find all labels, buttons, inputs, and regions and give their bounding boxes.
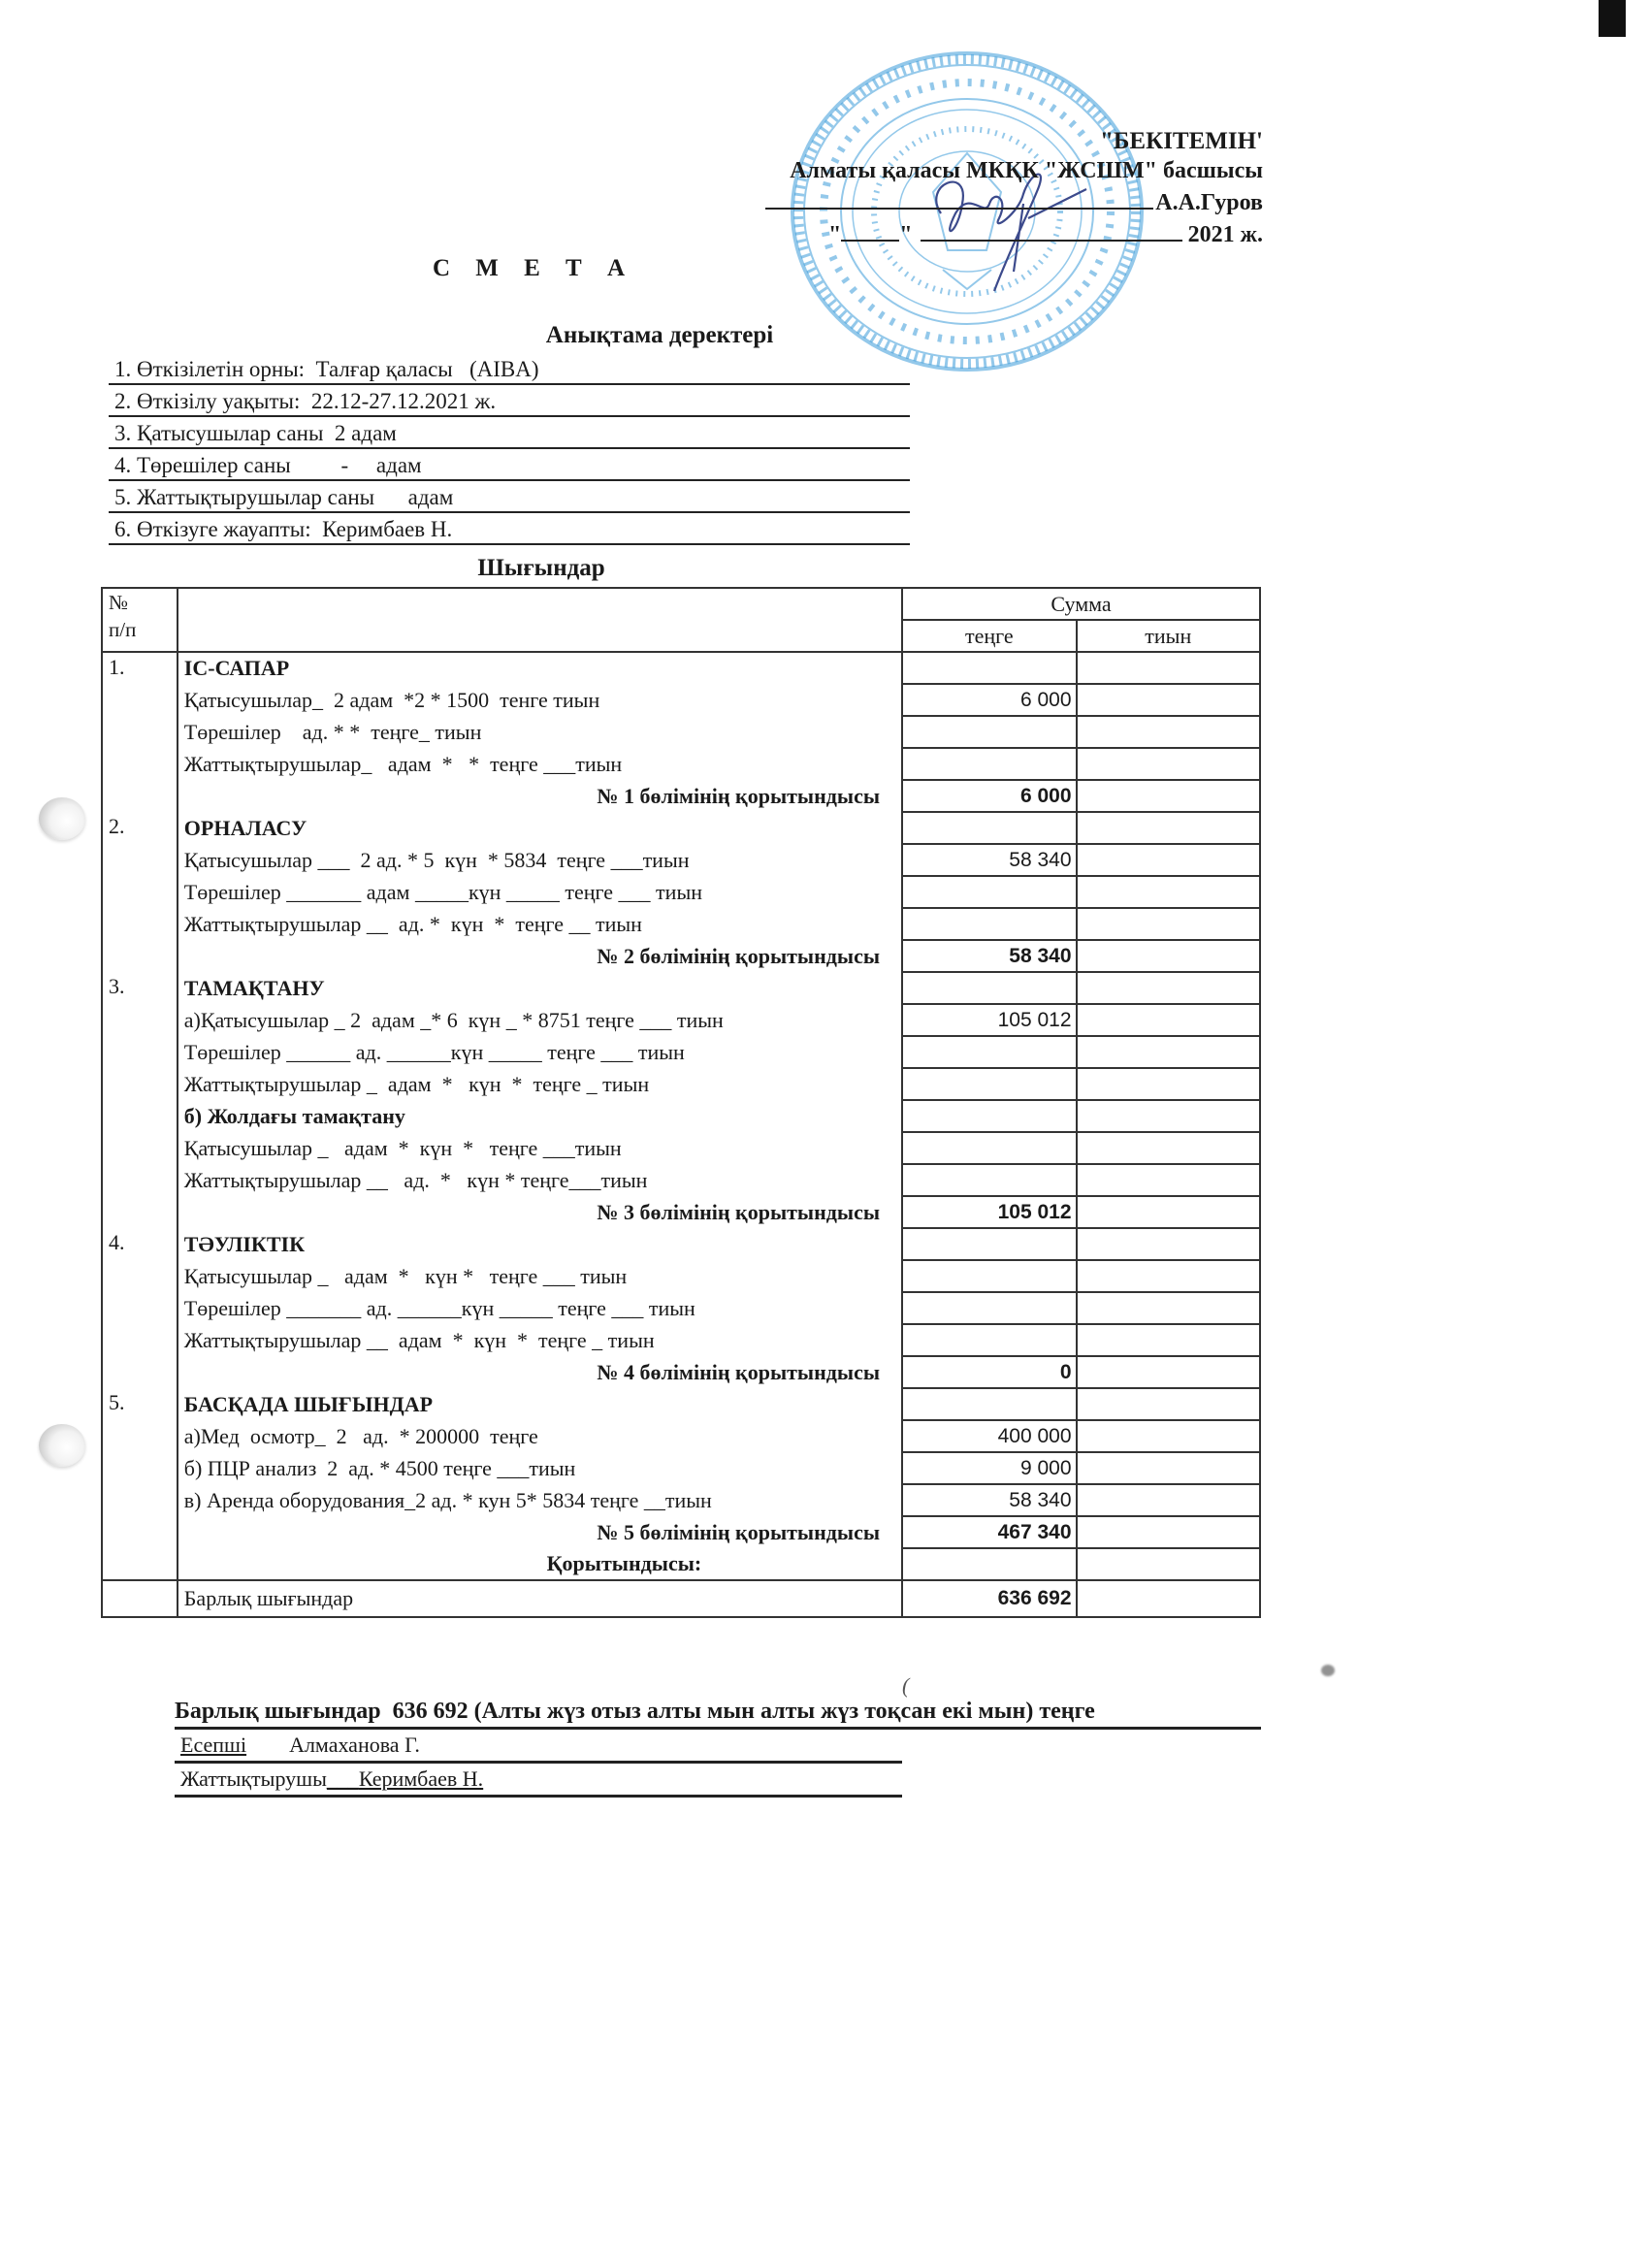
item-description: б) Жолдағы тамақтану	[178, 1100, 902, 1132]
date-day-blank	[841, 218, 899, 242]
date-month-blank	[921, 218, 1182, 242]
amount-tiyn	[1077, 1484, 1260, 1516]
approver-name: А.А.Гуров	[1155, 190, 1263, 215]
amount-tiyn	[1077, 1004, 1260, 1036]
reference-item-place: 1. Өткізілетін орны: Талғар қаласы (AIBA…	[109, 353, 910, 385]
section-number: 2.	[102, 812, 178, 972]
subtotal-tiyn	[1077, 1196, 1260, 1228]
item-description: Төрешілер _______ адам _____күн _____ те…	[178, 876, 902, 908]
reference-item-referees: 4. Төрешілер саны - адам	[109, 449, 910, 481]
subtotal-tenge: 0	[902, 1356, 1077, 1388]
coach-name: Керимбаев Н.	[359, 1766, 483, 1791]
subtotal-tenge: 6 000	[902, 780, 1077, 812]
section-name: ІС-САПАР	[178, 652, 902, 684]
item-description: Жаттықтырушылар __ ад. * күн * теңге __ …	[178, 908, 902, 940]
amount-tenge: 58 340	[902, 1484, 1077, 1516]
section-number: 3.	[102, 972, 178, 1228]
amount-tiyn	[1077, 1452, 1260, 1484]
subtotal-label: № 5 бөлімінің қорытындысы	[178, 1516, 902, 1548]
table-row: Төрешілер _______ адам _____күн _____ те…	[102, 876, 1260, 908]
item-description: в) Аренда оборудования_2 ад. * кун 5* 58…	[178, 1484, 902, 1516]
totals-label-row: Қорытындысы:	[102, 1548, 1260, 1580]
amount-tenge	[902, 1388, 1077, 1420]
subtotal-row: № 3 бөлімінің қорытындысы105 012	[102, 1196, 1260, 1228]
amount-tenge	[902, 716, 1077, 748]
date-quote-close: "	[899, 222, 912, 247]
amount-tenge	[902, 812, 1077, 844]
section-number: 5.	[102, 1388, 178, 1580]
footer: Барлық шығындар 636 692 (Алты жүз отыз а…	[175, 1696, 1261, 1798]
reference-item-dates: 2. Өткізілу уақыты: 22.12-27.12.2021 ж.	[109, 385, 910, 417]
reference-item-participants: 3. Қатысушылар саны 2 адам	[109, 417, 910, 449]
item-description: Төрешілер ад. * * теңге_ тиын	[178, 716, 902, 748]
amount-tiyn	[1077, 716, 1260, 748]
subtotal-label: № 1 бөлімінің қорытындысы	[178, 780, 902, 812]
subtotal-row: № 5 бөлімінің қорытындысы467 340	[102, 1516, 1260, 1548]
approval-year: 2021 ж.	[1188, 222, 1263, 247]
header-description	[178, 588, 902, 652]
item-description: Қатысушылар_ 2 адам *2 * 1500 тенге тиын	[178, 684, 902, 716]
subtotal-tenge: 105 012	[902, 1196, 1077, 1228]
table-row: Жаттықтырушылар _ адам * күн * теңге _ т…	[102, 1068, 1260, 1100]
item-description: Қатысушылар _ адам * күн * теңге ___тиын	[178, 1132, 902, 1164]
header-tiyn: тиын	[1077, 620, 1260, 652]
amount-tenge	[902, 1132, 1077, 1164]
grand-total-num	[102, 1580, 178, 1617]
amount-tiyn	[1077, 1420, 1260, 1452]
amount-tenge: 6 000	[902, 684, 1077, 716]
table-row: Төрешілер _______ ад. ______күн _____ те…	[102, 1292, 1260, 1324]
amount-tiyn	[1077, 1260, 1260, 1292]
scan-corner-mark	[1599, 0, 1626, 37]
item-description: Қатысушылар _ адам * күн * теңге ___ тиы…	[178, 1260, 902, 1292]
header-tenge: теңге	[902, 620, 1077, 652]
reference-item-coaches: 5. Жаттықтырушылар саны адам	[109, 481, 910, 513]
section-number: 1.	[102, 652, 178, 812]
amount-tiyn	[1077, 844, 1260, 876]
signature-line	[765, 186, 1153, 210]
grand-total-tiyn	[1077, 1580, 1260, 1617]
item-description: Төрешілер ______ ад. ______күн _____ тең…	[178, 1036, 902, 1068]
expenses-title: Шығындар	[0, 555, 1083, 582]
item-description: а)Мед осмотр_ 2 ад. * 200000 теңге	[178, 1420, 902, 1452]
subtotal-row: № 4 бөлімінің қорытындысы0	[102, 1356, 1260, 1388]
table-row: а)Мед осмотр_ 2 ад. * 200000 теңге400 00…	[102, 1420, 1260, 1452]
table-row: Жаттықтырушылар_ адам * * теңге ___тиын	[102, 748, 1260, 780]
subtotal-tiyn	[1077, 1516, 1260, 1548]
header-sum: Сумма	[902, 588, 1260, 620]
table-row: Жаттықтырушылар __ ад. * күн * теңге___т…	[102, 1164, 1260, 1196]
item-description: Жаттықтырушылар __ адам * күн * теңге _ …	[178, 1324, 902, 1356]
amount-tenge	[902, 748, 1077, 780]
table-row: Қатысушылар_ 2 адам *2 * 1500 тенге тиын…	[102, 684, 1260, 716]
item-description: Жаттықтырушылар _ адам * күн * теңге _ т…	[178, 1068, 902, 1100]
amount-tenge	[902, 1228, 1077, 1260]
approval-heading: "БЕКІТЕМІН'	[765, 126, 1263, 156]
coach-line: Жаттықтырушы___Керимбаев Н.	[175, 1764, 902, 1798]
accountant-role: Есепші	[180, 1733, 246, 1757]
amount-tenge: 105 012	[902, 1004, 1077, 1036]
amount-tenge	[902, 652, 1077, 684]
coach-role: Жаттықтырушы	[180, 1766, 327, 1791]
subtotal-tiyn	[1077, 940, 1260, 972]
amount-tiyn	[1077, 1100, 1260, 1132]
subtotal-tiyn	[1077, 780, 1260, 812]
subtotal-row: № 2 бөлімінің қорытындысы58 340	[102, 940, 1260, 972]
subtotal-tenge: 58 340	[902, 940, 1077, 972]
document-title: С М Е Т А	[0, 255, 1067, 282]
table-row: Төрешілер ад. * * теңге_ тиын	[102, 716, 1260, 748]
reference-list: 1. Өткізілетін орны: Талғар қаласы (AIBA…	[109, 353, 910, 545]
item-description: Жаттықтырушылар __ ад. * күн * теңге___т…	[178, 1164, 902, 1196]
amount-tenge	[902, 1292, 1077, 1324]
amount-tenge	[902, 1324, 1077, 1356]
item-description: Төрешілер _______ ад. ______күн _____ те…	[178, 1292, 902, 1324]
subtotal-label: № 3 бөлімінің қорытындысы	[178, 1196, 902, 1228]
table-row: Қатысушылар ___ 2 ад. * 5 күн * 5834 тең…	[102, 844, 1260, 876]
amount-tiyn	[1077, 684, 1260, 716]
amount-tiyn	[1077, 908, 1260, 940]
table-row: б) ПЦР анализ 2 ад. * 4500 теңге ___тиын…	[102, 1452, 1260, 1484]
table-header-row: №п/п Сумма	[102, 588, 1260, 620]
section-name: БАСҚАДА ШЫҒЫНДАР	[178, 1388, 902, 1420]
grand-total-label: Барлық шығындар	[178, 1580, 902, 1617]
section-row: 5.БАСҚАДА ШЫҒЫНДАР	[102, 1388, 1260, 1420]
section-row: 3.ТАМАҚТАНУ	[102, 972, 1260, 1004]
amount-tiyn	[1077, 1228, 1260, 1260]
amount-tenge: 58 340	[902, 844, 1077, 876]
subtotal-tiyn	[1077, 1356, 1260, 1388]
subtotal-row: № 1 бөлімінің қорытындысы6 000	[102, 780, 1260, 812]
amount-tenge	[902, 1100, 1077, 1132]
amount-tenge	[902, 876, 1077, 908]
item-description: Жаттықтырушылар_ адам * * теңге ___тиын	[178, 748, 902, 780]
section-row: 1.ІС-САПАР	[102, 652, 1260, 684]
table-row: а)Қатысушылар _ 2 адам _* 6 күн _ * 8751…	[102, 1004, 1260, 1036]
item-description: Қатысушылар ___ 2 ад. * 5 күн * 5834 тең…	[178, 844, 902, 876]
accountant-line: Есепші Алмаханова Г.	[175, 1730, 902, 1764]
item-description: а)Қатысушылар _ 2 адам _* 6 күн _ * 8751…	[178, 1004, 902, 1036]
subtotal-label: № 2 бөлімінің қорытындысы	[178, 940, 902, 972]
subtotal-tenge: 467 340	[902, 1516, 1077, 1548]
amount-tenge	[902, 1548, 1077, 1580]
punch-hole-bottom	[39, 1424, 85, 1467]
amount-tenge	[902, 1164, 1077, 1196]
date-quote-open: "	[828, 222, 841, 247]
section-row: 4.ТӘУЛІКТІК	[102, 1228, 1260, 1260]
amount-tenge	[902, 972, 1077, 1004]
expenses-table: №п/п Сумма теңге тиын 1.ІС-САПАРҚатысушы…	[101, 587, 1261, 1618]
amount-tenge	[902, 908, 1077, 940]
totals-label: Қорытындысы:	[178, 1548, 902, 1580]
item-description: б) ПЦР анализ 2 ад. * 4500 теңге ___тиын	[178, 1452, 902, 1484]
amount-tiyn	[1077, 1292, 1260, 1324]
amount-tiyn	[1077, 652, 1260, 684]
amount-tiyn	[1077, 1548, 1260, 1580]
amount-tiyn	[1077, 1164, 1260, 1196]
approver-position: Алматы қаласы МКҚК "ЖСШМ" басшысы	[765, 156, 1263, 186]
amount-tenge	[902, 1260, 1077, 1292]
amount-tiyn	[1077, 1132, 1260, 1164]
ink-smudge	[1321, 1665, 1335, 1676]
amount-tenge: 9 000	[902, 1452, 1077, 1484]
total-in-words: Барлық шығындар 636 692 (Алты жүз отыз а…	[175, 1696, 1261, 1730]
accountant-name: Алмаханова Г.	[289, 1733, 420, 1757]
table-row: Жаттықтырушылар __ адам * күн * теңге _ …	[102, 1324, 1260, 1356]
amount-tiyn	[1077, 748, 1260, 780]
approval-block: "БЕКІТЕМІН' Алматы қаласы МКҚК "ЖСШМ" ба…	[765, 126, 1263, 250]
amount-tiyn	[1077, 1324, 1260, 1356]
section-name: ТӘУЛІКТІК	[178, 1228, 902, 1260]
subtotal-label: № 4 бөлімінің қорытындысы	[178, 1356, 902, 1388]
amount-tenge: 400 000	[902, 1420, 1077, 1452]
table-row: в) Аренда оборудования_2 ад. * кун 5* 58…	[102, 1484, 1260, 1516]
grand-total-tenge: 636 692	[902, 1580, 1077, 1617]
amount-tiyn	[1077, 876, 1260, 908]
amount-tiyn	[1077, 972, 1260, 1004]
section-name: ОРНАЛАСУ	[178, 812, 902, 844]
table-row: Қатысушылар _ адам * күн * теңге ___тиын	[102, 1132, 1260, 1164]
amount-tiyn	[1077, 1388, 1260, 1420]
amount-tenge	[902, 1068, 1077, 1100]
section-row: 2.ОРНАЛАСУ	[102, 812, 1260, 844]
reference-item-responsible: 6. Өткізуге жауапты: Керимбаев Н.	[109, 513, 910, 545]
section-number: 4.	[102, 1228, 178, 1388]
header-num: №п/п	[102, 588, 178, 652]
table-row: б) Жолдағы тамақтану	[102, 1100, 1260, 1132]
amount-tiyn	[1077, 812, 1260, 844]
table-row: Төрешілер ______ ад. ______күн _____ тең…	[102, 1036, 1260, 1068]
table-row: Жаттықтырушылар __ ад. * күн * теңге __ …	[102, 908, 1260, 940]
table-row: Қатысушылар _ адам * күн * теңге ___ тиы…	[102, 1260, 1260, 1292]
section-name: ТАМАҚТАНУ	[178, 972, 902, 1004]
punch-hole-top	[39, 797, 85, 840]
reference-title: Анықтама деректері	[0, 322, 1319, 349]
amount-tiyn	[1077, 1036, 1260, 1068]
grand-total-row: Барлық шығындар636 692	[102, 1580, 1260, 1617]
amount-tiyn	[1077, 1068, 1260, 1100]
amount-tenge	[902, 1036, 1077, 1068]
